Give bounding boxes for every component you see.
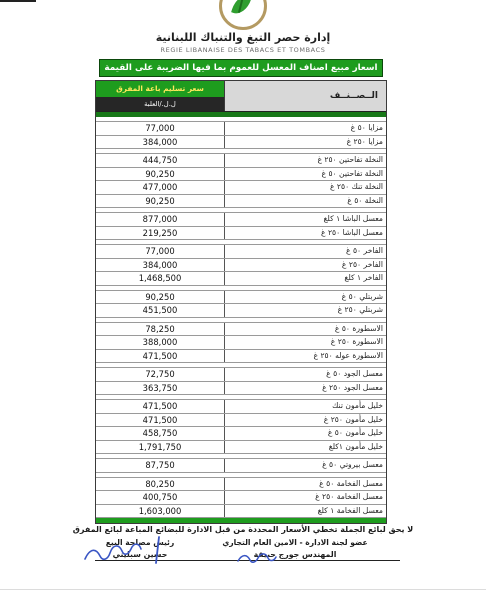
- table-row: 363,750معسل الجود ٢٥٠ غ: [96, 382, 386, 396]
- price-cell: 77,000: [96, 245, 224, 258]
- price-cell: 80,250: [96, 478, 224, 491]
- table-row: 90,250النخلة ٥٠ غ: [96, 195, 386, 209]
- table-row: 90,250النخلة تفاحتين ٥٠ غ: [96, 168, 386, 182]
- item-name-cell: شربتلي ٢٥٠ غ: [224, 304, 386, 317]
- signature-squiggle-icon: [85, 544, 141, 559]
- table-row: 384,000الفاخر ٢٥٠ غ: [96, 259, 386, 273]
- table-row: 1,468,500الفاخر ١ كلغ: [96, 272, 386, 286]
- table-row: 1,791,750خليل مأمون ١كلغ: [96, 441, 386, 455]
- item-name-cell: النخلة تفاحتين ٥٠ غ: [224, 168, 386, 181]
- table-row: 219,250معسل الباشا ٢٥٠ غ: [96, 227, 386, 241]
- price-cell: 90,250: [96, 168, 224, 181]
- leaf-icon: [231, 0, 252, 17]
- price-cell: 1,603,000: [96, 505, 224, 518]
- item-name-cell: الفاخر ٢٥٠ غ: [224, 259, 386, 272]
- item-name-cell: الاسطورة عوله ٢٥٠ غ: [224, 350, 386, 363]
- price-cell: 477,000: [96, 181, 224, 194]
- item-name-cell: خليل مأمون ٥٠ غ: [224, 427, 386, 440]
- table-row: 1,603,000معسل الفخامة ١ كلغ: [96, 505, 386, 519]
- scan-artifact-line: [0, 0, 36, 2]
- scanned-price-list-page: إدارة حصر التبغ والتنباك اللبنانية REGIE…: [0, 0, 486, 590]
- table-row: 444,750النخلة تفاحتين ٢٥٠ غ: [96, 154, 386, 168]
- price-cell: 384,000: [96, 136, 224, 149]
- item-name-cell: النخلة تفاحتين ٢٥٠ غ: [224, 154, 386, 167]
- item-name-cell: خليل مأمون ٢٥٠ غ: [224, 414, 386, 427]
- table-row: 400,750معسل الفخامة ٢٥٠ غ: [96, 491, 386, 505]
- table-header-row: سعر تسليم باعة المفرق ل.ل./العلبة الــصـ…: [96, 81, 386, 112]
- item-name-cell: الاسطورة ٥٠ غ: [224, 323, 386, 336]
- item-column-header: الــصــنــف: [224, 81, 386, 111]
- table-row: 77,000مزايا ٥٠ غ: [96, 122, 386, 136]
- table-row: 90,250شربتلي ٥٠ غ: [96, 291, 386, 305]
- item-name-cell: النخلة تنك ٢٥٠ غ: [224, 181, 386, 194]
- price-list-banner: اسعار مبيع اصناف المعسل للعموم بما فيها …: [99, 59, 383, 77]
- item-name-cell: النخلة ٥٠ غ: [224, 195, 386, 208]
- table-row: 458,750خليل مأمون ٥٠ غ: [96, 427, 386, 441]
- item-name-cell: مزايا ٢٥٠ غ: [224, 136, 386, 149]
- item-name-cell: معسل الفخامة ٢٥٠ غ: [224, 491, 386, 504]
- table-row: 477,000النخلة تنك ٢٥٠ غ: [96, 181, 386, 195]
- table-row: 384,000مزايا ٢٥٠ غ: [96, 136, 386, 150]
- price-cell: 78,250: [96, 323, 224, 336]
- item-name-cell: شربتلي ٥٠ غ: [224, 291, 386, 304]
- price-cell: 444,750: [96, 154, 224, 167]
- price-column-header: سعر تسليم باعة المفرق ل.ل./العلبة: [96, 81, 224, 111]
- signature-scribbles: [60, 532, 400, 574]
- item-name-cell: الاسطورة ٢٥٠ غ: [224, 336, 386, 349]
- org-title-arabic: إدارة حصر التبغ والتنباك اللبنانية: [0, 31, 486, 44]
- price-cell: 471,500: [96, 414, 224, 427]
- item-name-cell: مزايا ٥٠ غ: [224, 122, 386, 135]
- table-row: 471,500خليل مأمون تنك: [96, 400, 386, 414]
- price-cell: 877,000: [96, 213, 224, 226]
- price-cell: 72,750: [96, 368, 224, 381]
- table-row: 388,000الاسطورة ٢٥٠ غ: [96, 336, 386, 350]
- item-name-cell: معسل الجود ٢٥٠ غ: [224, 382, 386, 395]
- table-row: 471,500الاسطورة عوله ٢٥٠ غ: [96, 350, 386, 364]
- item-name-cell: خليل مأمون تنك: [224, 400, 386, 413]
- price-table: سعر تسليم باعة المفرق ل.ل./العلبة الــصـ…: [95, 80, 387, 524]
- item-name-cell: معسل بيروتي ٥٠ غ: [224, 459, 386, 472]
- regie-logo-icon: [219, 0, 267, 30]
- item-name-cell: الفاخر ٥٠ غ: [224, 245, 386, 258]
- price-cell: 1,791,750: [96, 441, 224, 454]
- item-name-cell: الفاخر ١ كلغ: [224, 272, 386, 285]
- price-header-line1: سعر تسليم باعة المفرق: [96, 81, 224, 97]
- signature-stroke-icon: [156, 537, 159, 563]
- price-cell: 77,000: [96, 122, 224, 135]
- price-table-body: 77,000مزايا ٥٠ غ384,000مزايا ٢٥٠ غ444,75…: [96, 122, 386, 518]
- item-name-cell: معسل الفخامة ٥٠ غ: [224, 478, 386, 491]
- item-name-cell: معسل الباشا ٢٥٠ غ: [224, 227, 386, 240]
- table-row: 471,500خليل مأمون ٢٥٠ غ: [96, 414, 386, 428]
- price-cell: 1,468,500: [96, 272, 224, 285]
- item-name-cell: معسل الباشا ١ كلغ: [224, 213, 386, 226]
- table-row: 80,250معسل الفخامة ٥٠ غ: [96, 478, 386, 492]
- table-row: 451,500شربتلي ٢٥٠ غ: [96, 304, 386, 318]
- table-row: 78,250الاسطورة ٥٠ غ: [96, 323, 386, 337]
- table-bottom-green-strip: [96, 518, 386, 523]
- table-row: 87,750معسل بيروتي ٥٠ غ: [96, 459, 386, 473]
- price-header-line2: ل.ل./العلبة: [96, 97, 224, 111]
- price-cell: 90,250: [96, 195, 224, 208]
- item-name-cell: خليل مأمون ١كلغ: [224, 441, 386, 454]
- price-cell: 90,250: [96, 291, 224, 304]
- org-title-french: REGIE LIBANAISE DES TABACS ET TOMBACS: [0, 46, 486, 54]
- signature-squiggle-icon: [238, 554, 276, 562]
- item-name-cell: معسل الفخامة ١ كلغ: [224, 505, 386, 518]
- table-row: 77,000الفاخر ٥٠ غ: [96, 245, 386, 259]
- price-cell: 451,500: [96, 304, 224, 317]
- price-cell: 471,500: [96, 400, 224, 413]
- table-row: 877,000معسل الباشا ١ كلغ: [96, 213, 386, 227]
- price-cell: 384,000: [96, 259, 224, 272]
- price-cell: 458,750: [96, 427, 224, 440]
- price-cell: 87,750: [96, 459, 224, 472]
- price-cell: 388,000: [96, 336, 224, 349]
- price-cell: 400,750: [96, 491, 224, 504]
- item-name-cell: معسل الجود ٥٠ غ: [224, 368, 386, 381]
- price-cell: 219,250: [96, 227, 224, 240]
- table-row: 72,750معسل الجود ٥٠ غ: [96, 368, 386, 382]
- price-cell: 363,750: [96, 382, 224, 395]
- price-cell: 471,500: [96, 350, 224, 363]
